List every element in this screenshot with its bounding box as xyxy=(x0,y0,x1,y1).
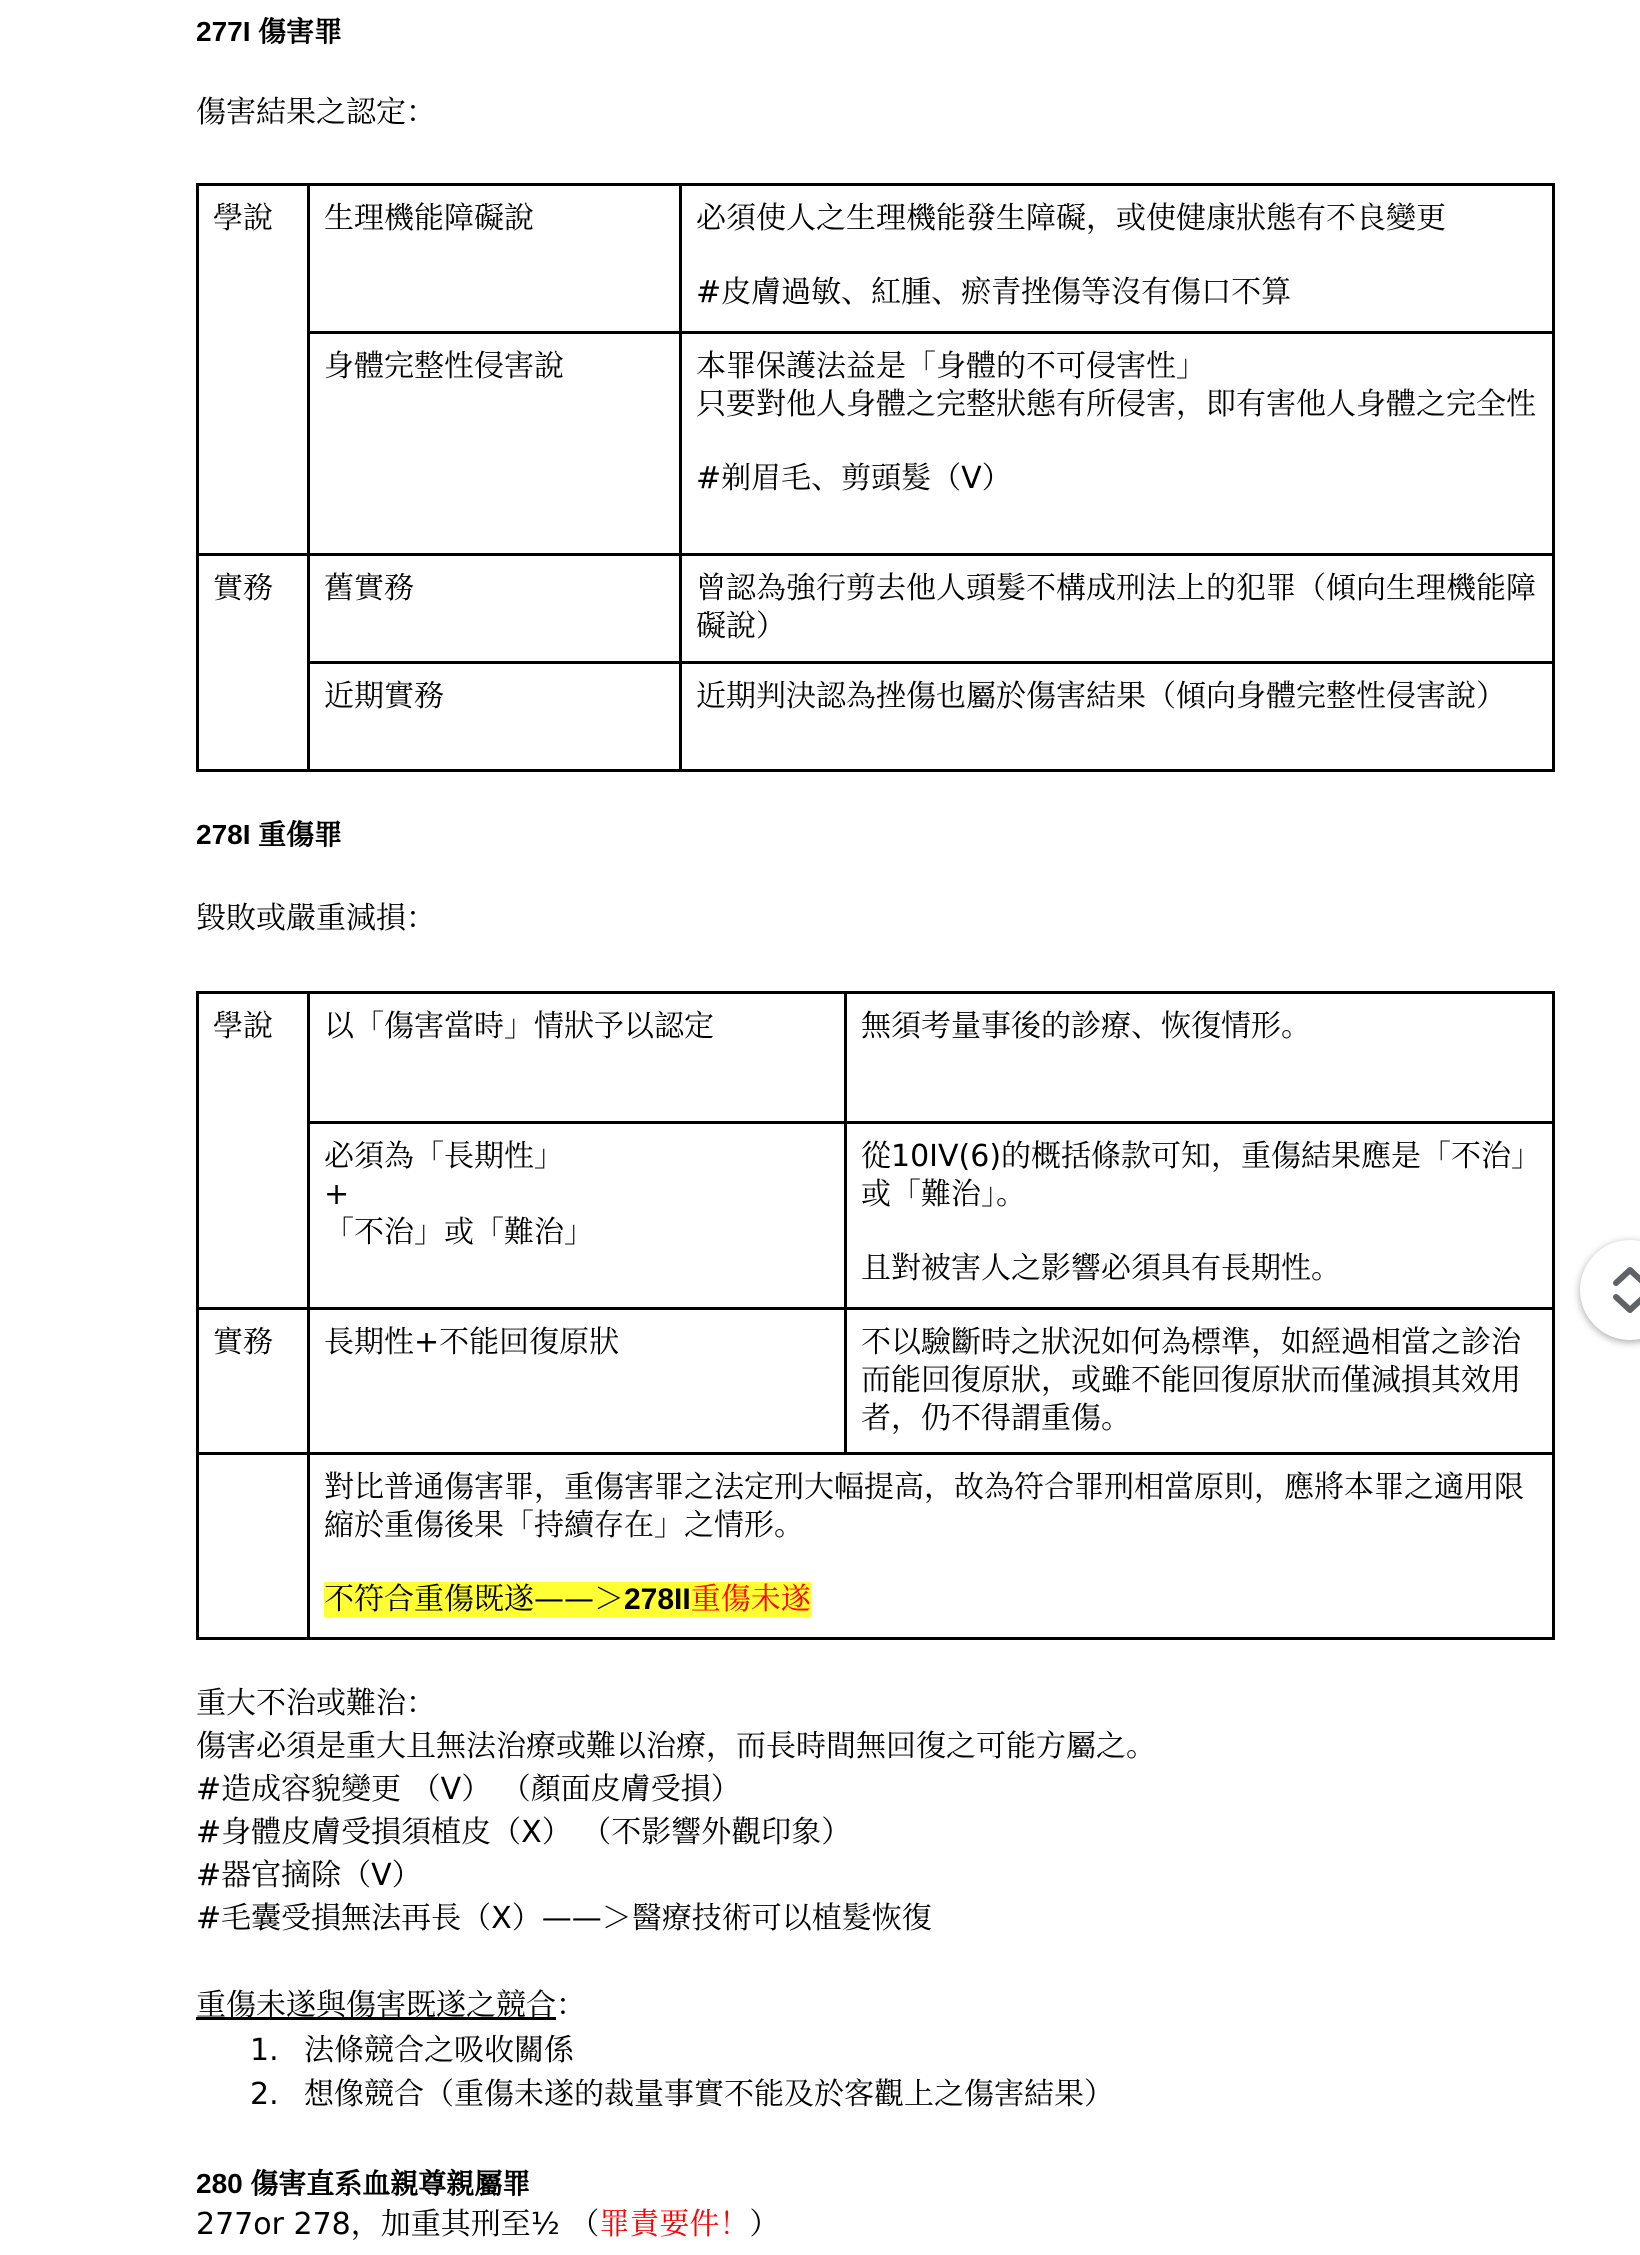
serious-heading: 重大不治或難治： xyxy=(196,1683,436,1725)
section-278-title: 278I 重傷罪 xyxy=(196,813,342,853)
table-row: 對比普通傷害罪，重傷害罪之法定刑大幅提高，故為符合罪刑相當原則，應將本罪之適用限… xyxy=(198,1454,1554,1639)
row-label-theory: 學說 xyxy=(198,993,309,1309)
section-277-subtitle: 傷害結果之認定： xyxy=(196,92,436,134)
serious-line: 傷害必須是重大且無法治療或難以治療，而長時間無回復之可能方屬之。 xyxy=(196,1726,1156,1768)
practice-name: 近期實務 xyxy=(309,663,681,771)
section-277-title: 277I 傷害罪 xyxy=(196,10,342,50)
row-label-practice: 實務 xyxy=(198,1309,309,1454)
serious-injury-table: 學說 以「傷害當時」情狀予以認定 無須考量事後的診療、恢復情形。 必須為「長期性… xyxy=(196,991,1555,1640)
table-row: 必須為「長期性」 + 「不治」或「難治」 從10IV(6)的概括條款可知，重傷結… xyxy=(198,1123,1554,1309)
concurrence-list: 1.法條競合之吸收關係 2.想像競合（重傷未遂的裁量事實不能及於客觀上之傷害結果… xyxy=(196,2029,1114,2117)
row-label-empty xyxy=(198,1454,309,1639)
row-label-practice: 實務 xyxy=(198,555,309,771)
theory-desc: 從10IV(6)的概括條款可知，重傷結果應是「不治」或「難治」。 且對被害人之影… xyxy=(846,1123,1554,1309)
practice-desc: 曾認為強行剪去他人頭髮不構成刑法上的犯罪（傾向生理機能障礙說） xyxy=(681,555,1554,663)
theory-desc: 無須考量事後的診療、恢復情形。 xyxy=(846,993,1554,1123)
practice-desc: 不以驗斷時之狀況如何為標準，如經過相當之診治而能回復原狀，或雖不能回復原狀而僅減… xyxy=(846,1309,1554,1454)
table-row: 實務 長期性+不能回復原狀 不以驗斷時之狀況如何為標準，如經過相當之診治而能回復… xyxy=(198,1309,1554,1454)
theory-desc: 必須使人之生理機能發生障礙，或使健康狀態有不良變更 #皮膚過敏、紅腫、瘀青挫傷等… xyxy=(681,185,1554,333)
concurrence-heading: 重傷未遂與傷害既遂之競合： xyxy=(196,1985,586,2027)
practice-desc: 近期判決認為挫傷也屬於傷害結果（傾向身體完整性侵害說） xyxy=(681,663,1554,771)
list-item: 2.想像競合（重傷未遂的裁量事實不能及於客觀上之傷害結果） xyxy=(196,2073,1114,2117)
serious-line: #器官摘除（V） xyxy=(196,1855,422,1897)
serious-line: #造成容貌變更 （V） （顏面皮膚受損） xyxy=(196,1769,741,1811)
injury-result-table: 學說 生理機能障礙說 必須使人之生理機能發生障礙，或使健康狀態有不良變更 #皮膚… xyxy=(196,183,1555,772)
chevron-up-icon[interactable] xyxy=(1606,1264,1640,1316)
chevron-down-icon xyxy=(1616,1297,1640,1310)
list-item: 1.法條競合之吸收關係 xyxy=(196,2029,1114,2073)
serious-line: #毛囊受損無法再長（X）——＞醫療技術可以植髮恢復 xyxy=(196,1898,932,1940)
table-row: 身體完整性侵害說 本罪保護法益是「身體的不可侵害性」 只要對他人身體之完整狀態有… xyxy=(198,333,1554,555)
theory-desc: 本罪保護法益是「身體的不可侵害性」 只要對他人身體之完整狀態有所侵害，即有害他人… xyxy=(681,333,1554,555)
theory-name: 必須為「長期性」 + 「不治」或「難治」 xyxy=(309,1123,846,1309)
note-text: 對比普通傷害罪，重傷害罪之法定刑大幅提高，故為符合罪刑相當原則，應將本罪之適用限… xyxy=(324,1469,1538,1545)
theory-name: 身體完整性侵害說 xyxy=(309,333,681,555)
section-280-title: 280 傷害直系血親尊親屬罪 xyxy=(196,2162,531,2202)
theory-name: 以「傷害當時」情狀予以認定 xyxy=(309,993,846,1123)
table-row: 學說 以「傷害當時」情狀予以認定 無須考量事後的診療、恢復情形。 xyxy=(198,993,1554,1123)
practice-name: 長期性+不能回復原狀 xyxy=(309,1309,846,1454)
note-cell: 對比普通傷害罪，重傷害罪之法定刑大幅提高，故為符合罪刑相當原則，應將本罪之適用限… xyxy=(309,1454,1554,1639)
serious-line: #身體皮膚受損須植皮（X） （不影響外觀印象） xyxy=(196,1812,851,1854)
table-row: 學說 生理機能障礙說 必須使人之生理機能發生障礙，或使健康狀態有不良變更 #皮膚… xyxy=(198,185,1554,333)
theory-name: 生理機能障礙說 xyxy=(309,185,681,333)
table-row: 近期實務 近期判決認為挫傷也屬於傷害結果（傾向身體完整性侵害說） xyxy=(198,663,1554,771)
row-label-theory: 學說 xyxy=(198,185,309,555)
practice-name: 舊實務 xyxy=(309,555,681,663)
note-conclusion: 不符合重傷既遂——＞278II重傷未遂 xyxy=(324,1581,1538,1619)
table-row: 實務 舊實務 曾認為強行剪去他人頭髮不構成刑法上的犯罪（傾向生理機能障礙說） xyxy=(198,555,1554,663)
section-280-line: 277or 278，加重其刑至½ （罪責要件！） xyxy=(196,2204,779,2246)
section-278-subtitle: 毀敗或嚴重減損： xyxy=(196,898,436,940)
page-scroll-widget[interactable] xyxy=(1580,1240,1640,1340)
